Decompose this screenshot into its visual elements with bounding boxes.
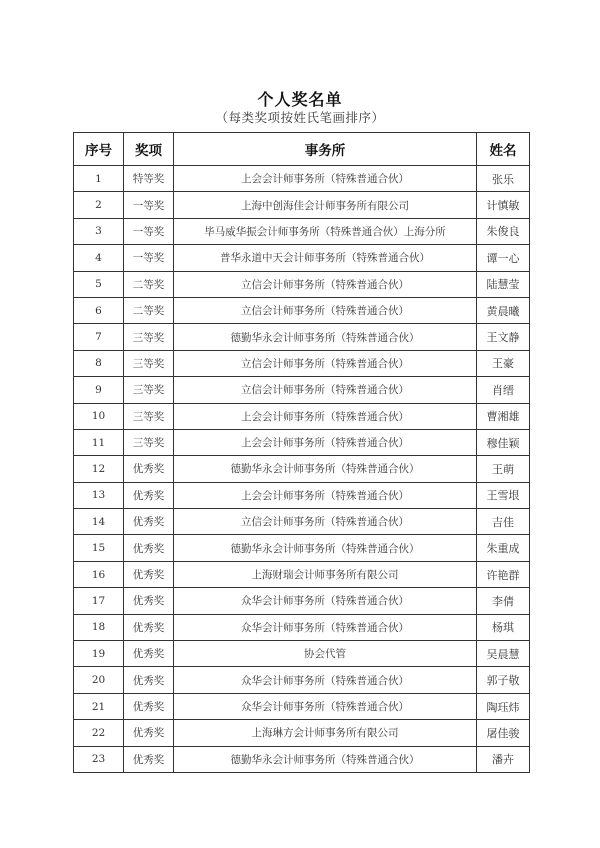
row-firm-cell: 众华会计师事务所（特殊普通合伙） [174, 588, 477, 614]
row-name-cell: 朱重成 [477, 535, 530, 561]
row-name-cell: 朱俊良 [477, 218, 530, 244]
row-name-cell: 屠佳骏 [477, 720, 530, 746]
row-award-cell: 优秀奖 [124, 693, 174, 719]
table-row: 7三等奖德勤华永会计师事务所（特殊普通合伙）王文静 [74, 324, 530, 350]
row-index-cell: 12 [74, 456, 124, 482]
row-firm-cell: 普华永道中天会计师事务所（特殊普通合伙） [174, 245, 477, 271]
row-name-cell: 张乐 [477, 166, 530, 192]
document-title: 个人奖名单 [0, 87, 600, 110]
row-index-cell: 9 [74, 377, 124, 403]
row-award-cell: 一等奖 [124, 192, 174, 218]
table-row: 8三等奖立信会计师事务所（特殊普通合伙）王豪 [74, 350, 530, 376]
table-row: 18优秀奖众华会计师事务所（特殊普通合伙）杨琪 [74, 614, 530, 640]
row-name-cell: 计慎敏 [477, 192, 530, 218]
row-award-cell: 优秀奖 [124, 588, 174, 614]
table-row: 22优秀奖上海琳方会计师事务所有限公司屠佳骏 [74, 720, 530, 746]
header-index: 序号 [74, 133, 124, 166]
row-index-cell: 23 [74, 746, 124, 772]
row-name-cell: 吴晨慧 [477, 641, 530, 667]
table-header-row: 序号 奖项 事务所 姓名 [74, 133, 530, 166]
row-firm-cell: 德勤华永会计师事务所（特殊普通合伙） [174, 456, 477, 482]
row-firm-cell: 立信会计师事务所（特殊普通合伙） [174, 297, 477, 323]
table-row: 3一等奖毕马威华振会计师事务所（特殊普通合伙）上海分所朱俊良 [74, 218, 530, 244]
row-index-cell: 19 [74, 641, 124, 667]
row-firm-cell: 上海中创海佳会计师事务所有限公司 [174, 192, 477, 218]
table-body: 1特等奖上会会计师事务所（特殊普通合伙）张乐2一等奖上海中创海佳会计师事务所有限… [74, 166, 530, 773]
row-name-cell: 穆佳颖 [477, 429, 530, 455]
table-row: 15优秀奖德勤华永会计师事务所（特殊普通合伙）朱重成 [74, 535, 530, 561]
table-row: 16优秀奖上海财瑞会计师事务所有限公司许艳群 [74, 561, 530, 587]
row-award-cell: 三等奖 [124, 324, 174, 350]
table-row: 11三等奖上会会计师事务所（特殊普通合伙）穆佳颖 [74, 429, 530, 455]
row-firm-cell: 上会会计师事务所（特殊普通合伙） [174, 482, 477, 508]
table-row: 10三等奖上会会计师事务所（特殊普通合伙）曹湘雄 [74, 403, 530, 429]
row-name-cell: 肖缙 [477, 377, 530, 403]
row-award-cell: 一等奖 [124, 218, 174, 244]
table-row: 13优秀奖上会会计师事务所（特殊普通合伙）王雪垠 [74, 482, 530, 508]
row-firm-cell: 协会代管 [174, 641, 477, 667]
row-award-cell: 一等奖 [124, 245, 174, 271]
table-row: 20优秀奖众华会计师事务所（特殊普通合伙）郭子敬 [74, 667, 530, 693]
row-firm-cell: 众华会计师事务所（特殊普通合伙） [174, 667, 477, 693]
table-row: 9三等奖立信会计师事务所（特殊普通合伙）肖缙 [74, 377, 530, 403]
row-index-cell: 15 [74, 535, 124, 561]
row-name-cell: 王萌 [477, 456, 530, 482]
row-name-cell: 潘卉 [477, 746, 530, 772]
table-row: 12优秀奖德勤华永会计师事务所（特殊普通合伙）王萌 [74, 456, 530, 482]
row-firm-cell: 立信会计师事务所（特殊普通合伙） [174, 350, 477, 376]
row-firm-cell: 上会会计师事务所（特殊普通合伙） [174, 403, 477, 429]
row-name-cell: 王文静 [477, 324, 530, 350]
table-row: 2一等奖上海中创海佳会计师事务所有限公司计慎敏 [74, 192, 530, 218]
row-index-cell: 8 [74, 350, 124, 376]
header-firm: 事务所 [174, 133, 477, 166]
table-row: 5二等奖立信会计师事务所（特殊普通合伙）陆慧莹 [74, 271, 530, 297]
row-award-cell: 优秀奖 [124, 561, 174, 587]
row-firm-cell: 众华会计师事务所（特殊普通合伙） [174, 614, 477, 640]
row-name-cell: 王豪 [477, 350, 530, 376]
row-index-cell: 4 [74, 245, 124, 271]
row-award-cell: 优秀奖 [124, 667, 174, 693]
row-name-cell: 王雪垠 [477, 482, 530, 508]
row-index-cell: 20 [74, 667, 124, 693]
row-name-cell: 曹湘雄 [477, 403, 530, 429]
row-firm-cell: 德勤华永会计师事务所（特殊普通合伙） [174, 746, 477, 772]
row-firm-cell: 上海财瑞会计师事务所有限公司 [174, 561, 477, 587]
row-firm-cell: 立信会计师事务所（特殊普通合伙） [174, 509, 477, 535]
row-index-cell: 5 [74, 271, 124, 297]
row-index-cell: 1 [74, 166, 124, 192]
row-index-cell: 10 [74, 403, 124, 429]
header-name: 姓名 [477, 133, 530, 166]
row-index-cell: 6 [74, 297, 124, 323]
row-award-cell: 优秀奖 [124, 535, 174, 561]
document-subtitle: （每类奖项按姓氏笔画排序） [0, 108, 600, 126]
table-row: 23优秀奖德勤华永会计师事务所（特殊普通合伙）潘卉 [74, 746, 530, 772]
award-table: 序号 奖项 事务所 姓名 1特等奖上会会计师事务所（特殊普通合伙）张乐2一等奖上… [73, 132, 530, 773]
row-firm-cell: 立信会计师事务所（特殊普通合伙） [174, 271, 477, 297]
row-index-cell: 16 [74, 561, 124, 587]
row-index-cell: 21 [74, 693, 124, 719]
table-row: 19优秀奖协会代管吴晨慧 [74, 641, 530, 667]
row-index-cell: 22 [74, 720, 124, 746]
table-row: 14优秀奖立信会计师事务所（特殊普通合伙）吉佳 [74, 509, 530, 535]
table-row: 1特等奖上会会计师事务所（特殊普通合伙）张乐 [74, 166, 530, 192]
row-award-cell: 三等奖 [124, 403, 174, 429]
row-award-cell: 特等奖 [124, 166, 174, 192]
row-index-cell: 13 [74, 482, 124, 508]
row-firm-cell: 德勤华永会计师事务所（特殊普通合伙） [174, 324, 477, 350]
row-firm-cell: 众华会计师事务所（特殊普通合伙） [174, 693, 477, 719]
row-name-cell: 陆慧莹 [477, 271, 530, 297]
row-award-cell: 三等奖 [124, 350, 174, 376]
row-award-cell: 二等奖 [124, 297, 174, 323]
table-row: 6二等奖立信会计师事务所（特殊普通合伙）黄晨曦 [74, 297, 530, 323]
row-award-cell: 优秀奖 [124, 456, 174, 482]
header-award: 奖项 [124, 133, 174, 166]
row-award-cell: 优秀奖 [124, 509, 174, 535]
row-award-cell: 优秀奖 [124, 614, 174, 640]
row-firm-cell: 立信会计师事务所（特殊普通合伙） [174, 377, 477, 403]
row-award-cell: 优秀奖 [124, 720, 174, 746]
row-index-cell: 17 [74, 588, 124, 614]
row-index-cell: 18 [74, 614, 124, 640]
row-index-cell: 2 [74, 192, 124, 218]
row-name-cell: 李倩 [477, 588, 530, 614]
row-firm-cell: 上会会计师事务所（特殊普通合伙） [174, 429, 477, 455]
row-index-cell: 11 [74, 429, 124, 455]
row-name-cell: 谭一心 [477, 245, 530, 271]
row-firm-cell: 上海琳方会计师事务所有限公司 [174, 720, 477, 746]
row-name-cell: 黄晨曦 [477, 297, 530, 323]
table-row: 21优秀奖众华会计师事务所（特殊普通合伙）陶珏炜 [74, 693, 530, 719]
row-award-cell: 三等奖 [124, 429, 174, 455]
row-award-cell: 优秀奖 [124, 746, 174, 772]
row-name-cell: 吉佳 [477, 509, 530, 535]
table-row: 17优秀奖众华会计师事务所（特殊普通合伙）李倩 [74, 588, 530, 614]
row-award-cell: 优秀奖 [124, 641, 174, 667]
row-firm-cell: 上会会计师事务所（特殊普通合伙） [174, 166, 477, 192]
row-index-cell: 3 [74, 218, 124, 244]
row-name-cell: 杨琪 [477, 614, 530, 640]
row-index-cell: 14 [74, 509, 124, 535]
row-award-cell: 优秀奖 [124, 482, 174, 508]
row-name-cell: 陶珏炜 [477, 693, 530, 719]
row-index-cell: 7 [74, 324, 124, 350]
row-award-cell: 二等奖 [124, 271, 174, 297]
row-firm-cell: 毕马威华振会计师事务所（特殊普通合伙）上海分所 [174, 218, 477, 244]
row-name-cell: 许艳群 [477, 561, 530, 587]
row-name-cell: 郭子敬 [477, 667, 530, 693]
row-firm-cell: 德勤华永会计师事务所（特殊普通合伙） [174, 535, 477, 561]
row-award-cell: 三等奖 [124, 377, 174, 403]
table-row: 4一等奖普华永道中天会计师事务所（特殊普通合伙）谭一心 [74, 245, 530, 271]
